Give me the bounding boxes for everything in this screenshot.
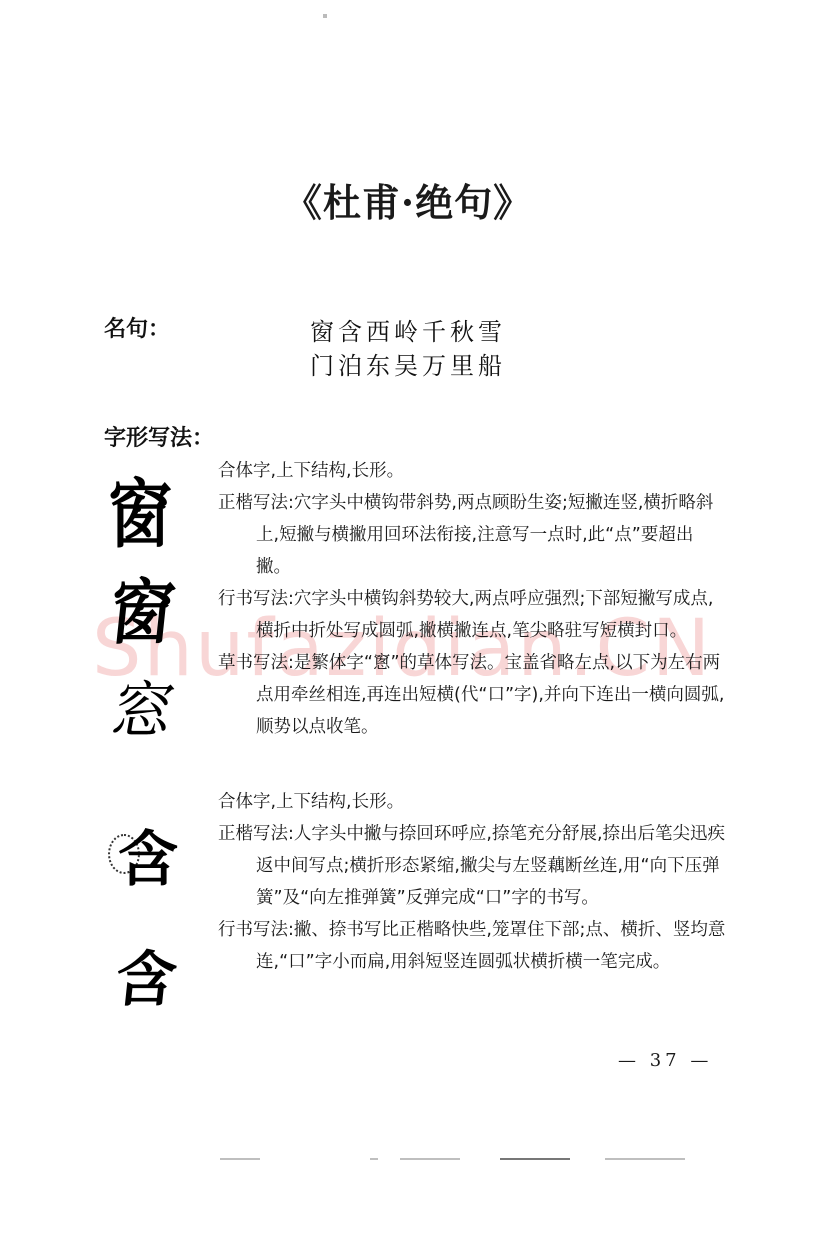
calligraphy-caoshu-chuang: 窓	[107, 680, 180, 742]
verse-line: 窗含西岭千秋雪	[310, 312, 506, 347]
character-description-chuang: 合体字,上下结构,长形。 正楷写法:穴字头中横钩带斜势,两点顾盼生姿;短撇连竖,…	[218, 455, 728, 743]
character-forms-label: 字形写法：	[104, 421, 214, 452]
verse-line: 门泊东吴万里船	[310, 346, 506, 381]
structure-text: 合体字,上下结构,长形。	[218, 455, 728, 487]
famous-lines-label: 名句：	[104, 312, 170, 343]
kaishu-text: 正楷写法:穴字头中横钩带斜势,两点顾盼生姿;短撇连竖,横折略斜上,短撇与横撇用回…	[218, 487, 728, 583]
caoshu-text: 草书写法:是繁体字“窻”的草体写法。宝盖省略左点,以下为左右两点用牵丝相连,再连…	[218, 647, 728, 743]
xingshu-text: 行书写法:撇、捺书写比正楷略快些,笼罩住下部;点、横折、竖均意连,“口”字小而扁…	[218, 914, 728, 978]
scan-artifact	[200, 1158, 740, 1162]
kaishu-text: 正楷写法:人字头中撇与捺回环呼应,捺笔充分舒展,捺出后笔尖迅疾返中间写点;横折形…	[218, 818, 728, 914]
structure-text: 合体字,上下结构,长形。	[218, 786, 728, 818]
character-description-han: 合体字,上下结构,长形。 正楷写法:人字头中撇与捺回环呼应,捺笔充分舒展,捺出后…	[218, 786, 728, 978]
page-title: 《杜甫·绝句》	[0, 172, 816, 227]
calligraphy-xingshu-chuang: 窗	[106, 579, 177, 649]
scan-mark	[323, 14, 327, 18]
calligraphy-kaishu-chuang: 窗	[108, 479, 172, 553]
book-page: 《杜甫·绝句》 名句： 窗含西岭千秋雪 门泊东吴万里船 字形写法： Shufaz…	[0, 0, 816, 1235]
calligraphy-xingshu-han: 含	[113, 950, 179, 1010]
page-number: — 37 —	[618, 1050, 712, 1071]
xingshu-text: 行书写法:穴字头中横钩斜势较大,两点呼应强烈;下部短撇写成点,横折中折处写成圆弧…	[218, 583, 728, 647]
calligraphy-kaishu-han: 含	[118, 830, 178, 890]
